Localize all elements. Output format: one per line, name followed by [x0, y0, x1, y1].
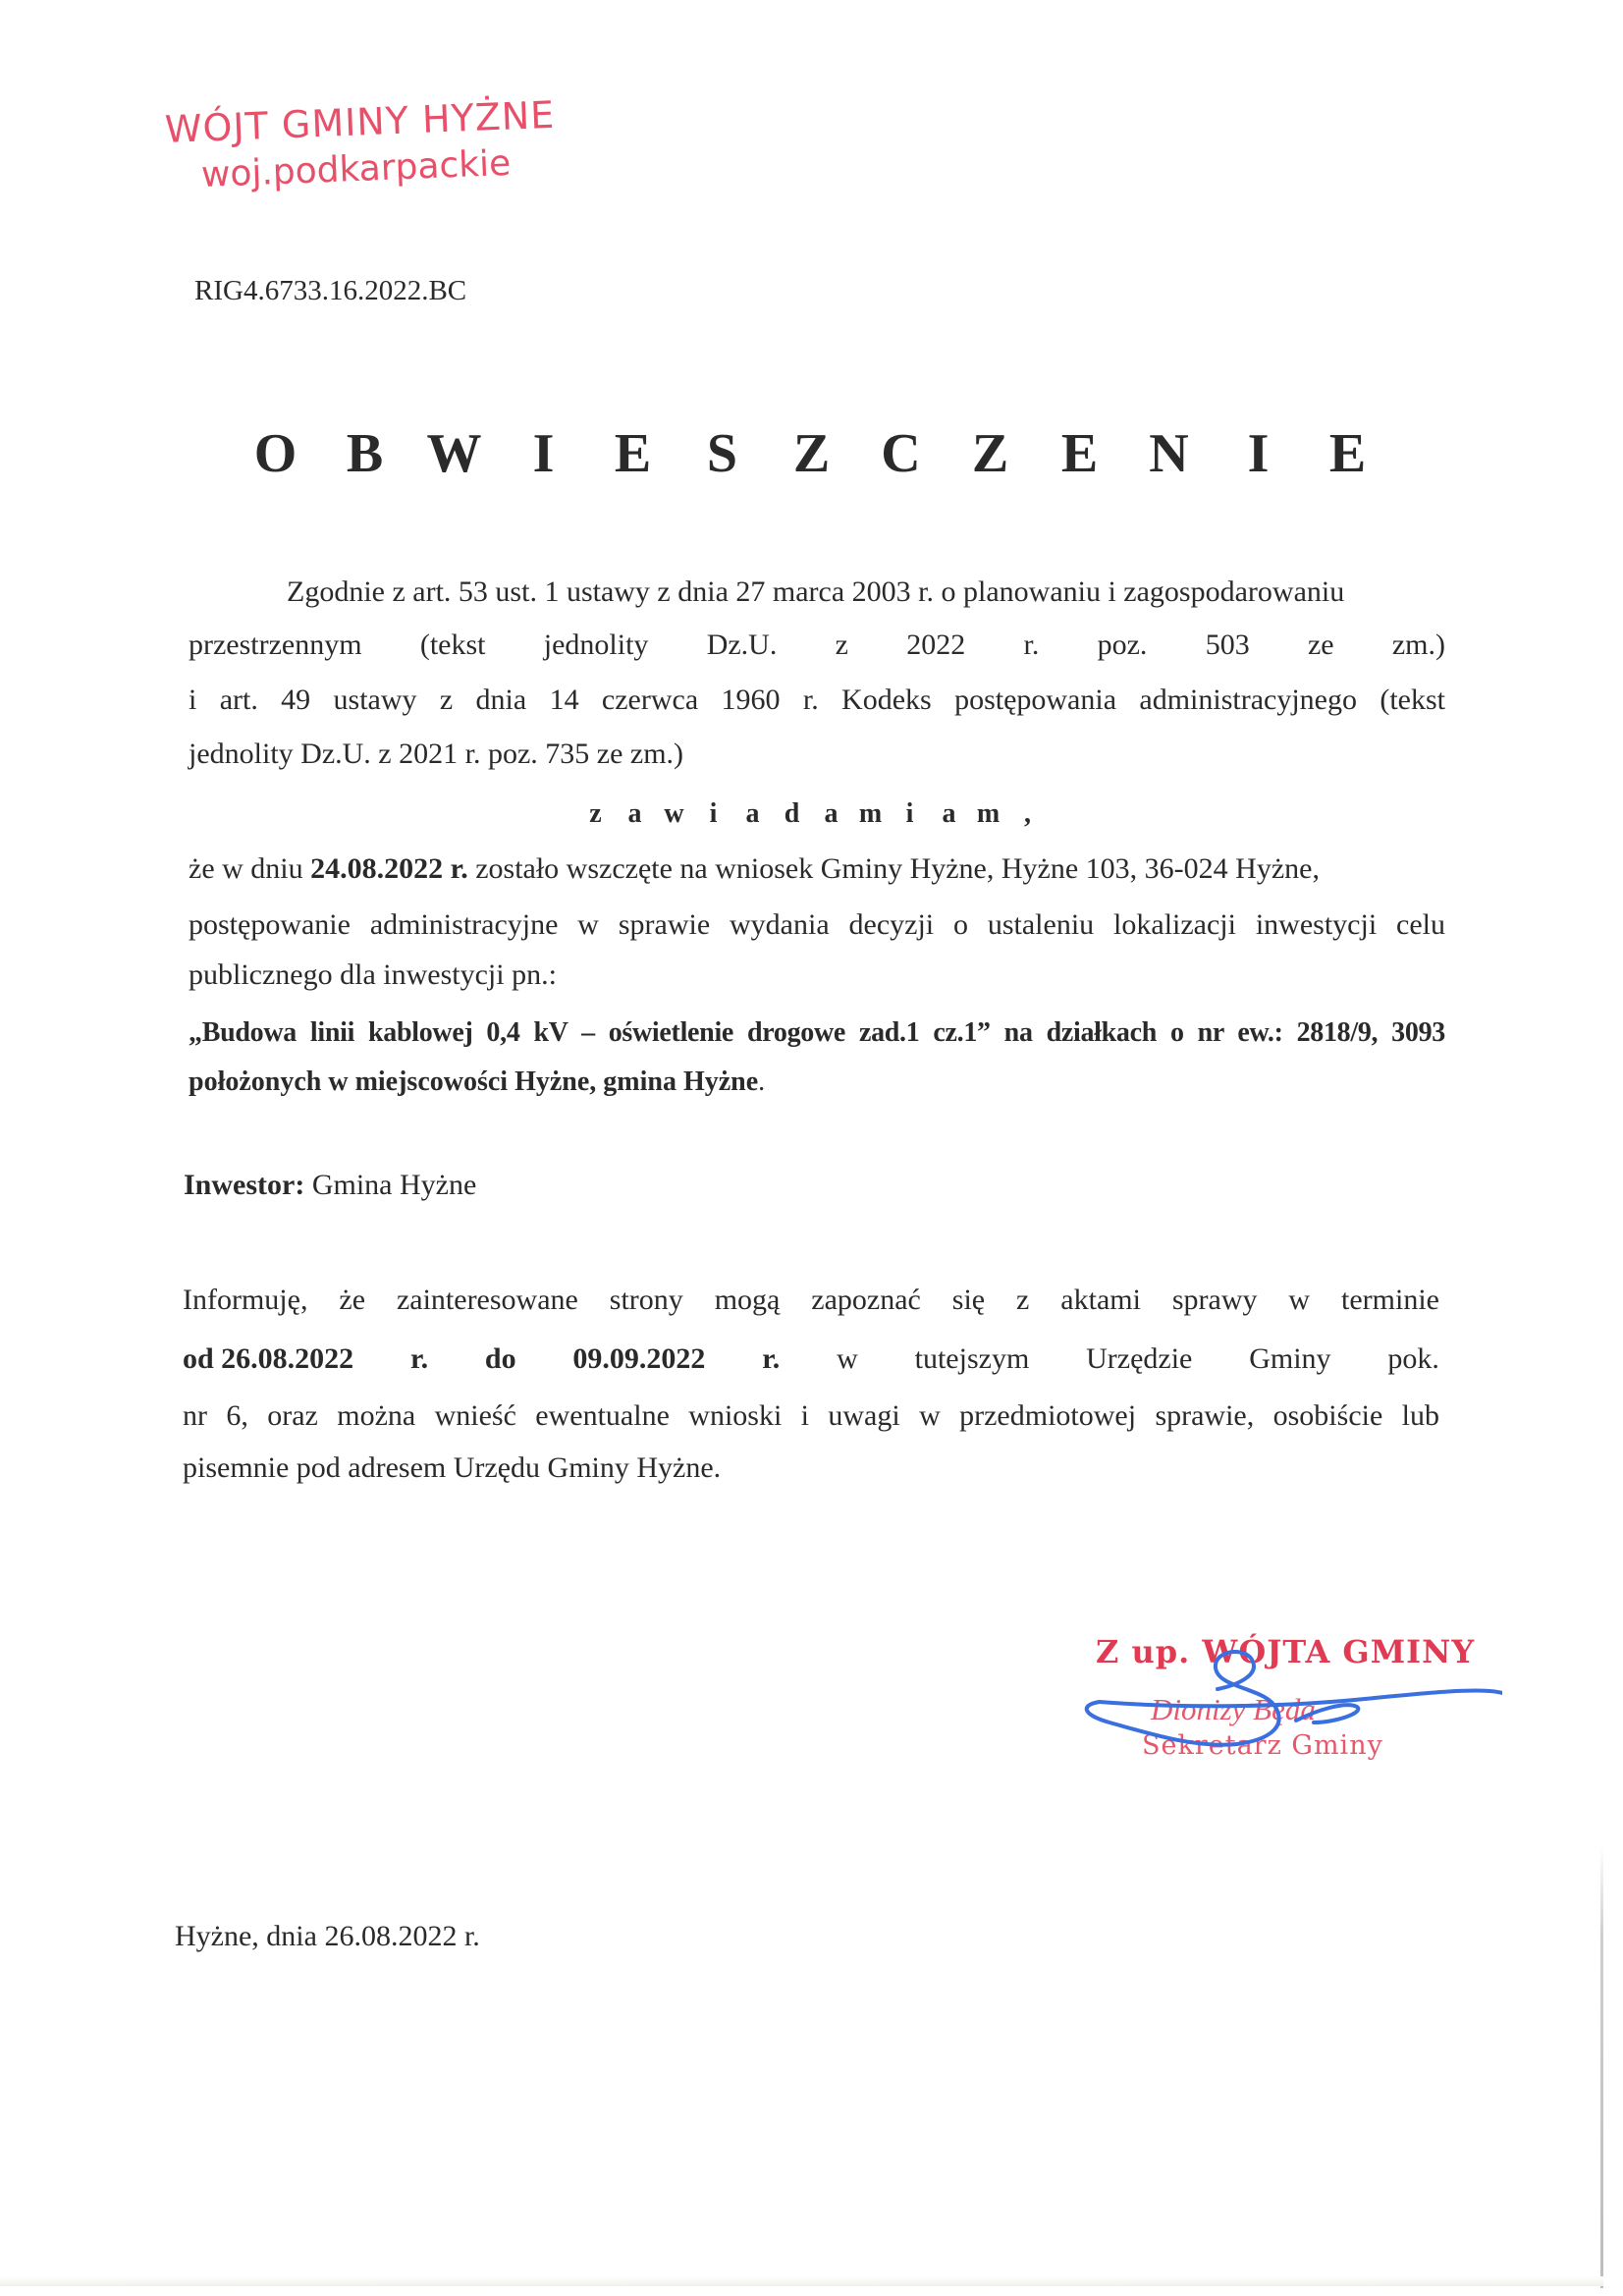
title-letter: B [320, 422, 409, 485]
word: ze [1308, 629, 1334, 662]
inspection-period-word: r. [762, 1342, 780, 1376]
inspection-period-word: r. [410, 1342, 428, 1376]
word: w [837, 1342, 858, 1376]
title-letter: S [677, 422, 767, 485]
intro-line-4: jednolity Dz.U. z 2021 r. poz. 735 ze zm… [189, 738, 1445, 771]
body-text: zostało wszczęte na wniosek Gminy Hyżne,… [468, 852, 1320, 885]
intro-text: Zgodnie z art. 53 ust. 1 ustawy z dnia 2… [189, 575, 1344, 608]
title-letter: O [231, 422, 320, 485]
project-location: położonych w miejscowości Hyżne, gmina H… [189, 1066, 758, 1097]
notify-letter: z [576, 798, 616, 830]
stamp-office-name: WÓJT GMINY HYŻNE [164, 93, 556, 151]
project-title-line-2: położonych w miejscowości Hyżne, gmina H… [189, 1066, 1445, 1098]
inspection-period-word: do [485, 1342, 516, 1376]
word: jednolity [544, 629, 649, 662]
body-text: że w dniu [189, 852, 310, 885]
period: . [758, 1066, 765, 1097]
notify-letter: w [655, 798, 694, 830]
notify-letter: , [1008, 798, 1048, 830]
word: Urzędzie [1086, 1342, 1192, 1376]
title-letter: I [1214, 422, 1303, 485]
info-line-2: od 26.08.2022r.do09.09.2022r.wtutejszymU… [183, 1342, 1439, 1376]
notify-letter: m [969, 798, 1008, 830]
notify-letter: a [812, 798, 851, 830]
title-letter: E [588, 422, 677, 485]
notify-letter: a [733, 798, 773, 830]
word: (tekst [420, 629, 486, 662]
word: pok. [1387, 1342, 1439, 1376]
word: 503 [1206, 629, 1250, 662]
investor: Inwestor: Gmina Hyżne [184, 1169, 1440, 1202]
title-letter: Z [767, 422, 856, 485]
body-line-3: publicznego dla inwestycji pn.: [189, 958, 1445, 992]
body-line-2: postępowanie administracyjne w sprawie w… [189, 908, 1445, 942]
reference-number: RIG4.6733.16.2022.BC [194, 275, 466, 307]
word: 2022 [906, 629, 965, 662]
scan-edge [1600, 1846, 1603, 2288]
word: Gminy [1249, 1342, 1330, 1376]
title-letter: C [856, 422, 946, 485]
word: przestrzennym [189, 629, 362, 662]
title-letter: W [409, 422, 499, 485]
notify-letter: i [891, 798, 930, 830]
project-title-line-1: „Budowa linii kablowej 0,4 kV – oświetle… [189, 1017, 1445, 1049]
stamp-voivodeship: woj.podkarpackie [200, 143, 512, 195]
word: Dz.U. [707, 629, 778, 662]
inspection-period-word: 09.09.2022 [572, 1342, 705, 1376]
title-letter: I [499, 422, 588, 485]
notify-letter: a [930, 798, 969, 830]
word: poz. [1098, 629, 1148, 662]
title-letter: E [1035, 422, 1124, 485]
title-letter: N [1124, 422, 1214, 485]
title-letter: Z [946, 422, 1035, 485]
initiation-date: 24.08.2022 r. [310, 852, 468, 885]
notify-word: zawiadamiam, [0, 798, 1623, 830]
word: zm.) [1392, 629, 1445, 662]
place-and-date: Hyżne, dnia 26.08.2022 r. [175, 1920, 480, 1953]
info-line-4: pisemnie pod adresem Urzędu Gminy Hyżne. [183, 1451, 1439, 1485]
scan-edge [0, 2276, 1603, 2286]
document-title: OBWIESZCZENIE [0, 422, 1623, 485]
info-line-1: Informuję, że zainteresowane strony mogą… [183, 1284, 1439, 1317]
investor-label: Inwestor: [184, 1169, 304, 1201]
inspection-period-word: od 26.08.2022 [183, 1342, 353, 1376]
intro-line-1: Zgodnie z art. 53 ust. 1 ustawy z dnia 2… [189, 575, 1445, 609]
word: z [836, 629, 848, 662]
intro-line-2: przestrzennym(tekstjednolityDz.U.z2022r.… [189, 629, 1445, 662]
intro-line-3: i art. 49 ustawy z dnia 14 czerwca 1960 … [189, 683, 1445, 717]
notify-letter: i [694, 798, 733, 830]
notify-letter: a [616, 798, 655, 830]
notify-letter: d [773, 798, 812, 830]
investor-value: Gmina Hyżne [304, 1169, 476, 1201]
info-line-3: nr 6, oraz można wnieść ewentualne wnios… [183, 1399, 1439, 1433]
notify-letter: m [851, 798, 891, 830]
word: r. [1023, 629, 1039, 662]
word: tutejszym [915, 1342, 1030, 1376]
body-line-1: że w dniu 24.08.2022 r. zostało wszczęte… [189, 852, 1445, 886]
title-letter: E [1303, 422, 1392, 485]
handwritten-signature-icon [1070, 1650, 1502, 1787]
